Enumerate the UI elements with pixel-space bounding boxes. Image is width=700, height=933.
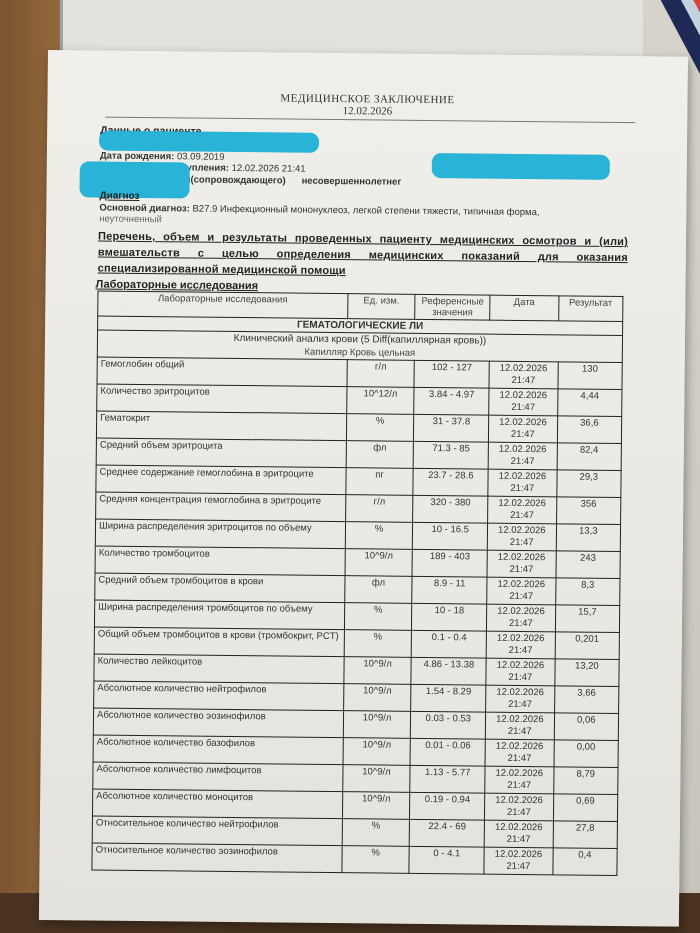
test-reference-range: 4.86 - 13.38 <box>411 657 486 685</box>
test-date: 12.02.2026 <box>489 768 551 781</box>
test-name: Абсолютное количество моноцитов <box>92 789 342 819</box>
test-reference-range: 10 - 18 <box>412 603 487 631</box>
main-diagnosis-value: B27.9 Инфекционный мононуклеоз, легкой с… <box>192 204 539 219</box>
test-date: 12.02.2026 <box>488 849 550 862</box>
test-unit: 10^9/л <box>342 765 410 793</box>
test-datetime: 12.02.202621:47 <box>484 847 553 875</box>
test-unit: г/л <box>345 495 413 523</box>
test-date: 12.02.2026 <box>492 444 554 457</box>
test-name: Количество лейкоцитов <box>94 654 344 684</box>
test-datetime: 12.02.202621:47 <box>486 685 555 713</box>
test-reference-range: 0.19 - 0.94 <box>410 792 485 820</box>
test-date: 12.02.2026 <box>492 471 554 484</box>
test-name: Абсолютное количество лимфоцитов <box>93 762 343 792</box>
test-reference-range: 22.4 - 69 <box>410 819 485 847</box>
test-time: 21:47 <box>492 456 554 469</box>
test-unit: % <box>342 819 410 847</box>
test-time: 21:47 <box>492 402 554 415</box>
diagnosis-heading: Диагноз <box>99 191 139 202</box>
test-date: 12.02.2026 <box>490 606 552 619</box>
test-result: 27,8 <box>553 821 618 849</box>
test-datetime: 12.02.202621:47 <box>485 793 554 821</box>
test-result: 8,3 <box>555 578 620 606</box>
medical-report-sheet: МЕДИЦИНСКОЕ ЗАКЛЮЧЕНИЕ 12.02.2026 Данные… <box>39 50 688 927</box>
test-unit: 10^9/л <box>343 711 411 739</box>
test-name: Ширина распределения эритроцитов по объе… <box>95 519 345 549</box>
test-date: 12.02.2026 <box>490 633 552 646</box>
test-datetime: 12.02.202621:47 <box>487 604 556 632</box>
test-time: 21:47 <box>488 861 550 874</box>
test-datetime: 12.02.202621:47 <box>487 550 556 578</box>
col-header-unit: Ед. изм. <box>347 294 415 320</box>
test-datetime: 12.02.202621:47 <box>486 631 555 659</box>
test-unit: % <box>345 522 413 550</box>
test-result: 13,3 <box>556 524 621 552</box>
test-unit: % <box>342 846 410 874</box>
test-name: Количество тромбоцитов <box>95 546 345 576</box>
redaction-representative-name <box>432 153 610 180</box>
test-time: 21:47 <box>490 618 552 631</box>
test-date: 12.02.2026 <box>490 660 552 673</box>
test-time: 21:47 <box>490 672 552 685</box>
test-result: 356 <box>556 497 621 525</box>
test-datetime: 12.02.202621:47 <box>485 712 554 740</box>
test-name: Абсолютное количество нейтрофилов <box>94 681 344 711</box>
col-header-result: Результат <box>558 296 623 322</box>
test-datetime: 12.02.202621:47 <box>489 388 558 416</box>
test-time: 21:47 <box>490 645 552 658</box>
test-result: 82,4 <box>557 443 622 471</box>
test-date: 12.02.2026 <box>489 714 551 727</box>
test-result: 15,7 <box>555 605 620 633</box>
test-unit: 10^9/л <box>342 792 410 820</box>
test-datetime: 12.02.202621:47 <box>484 820 553 848</box>
test-datetime: 12.02.202621:47 <box>489 361 558 389</box>
test-result: 0,06 <box>554 713 619 741</box>
test-time: 21:47 <box>488 807 550 820</box>
test-reference-range: 189 - 403 <box>412 549 487 577</box>
test-name: Гемоглобин общий <box>97 357 347 387</box>
test-time: 21:47 <box>489 753 551 766</box>
examinations-list-title: Перечень, объем и результаты проведенных… <box>98 229 628 283</box>
test-unit: % <box>344 603 412 631</box>
test-datetime: 12.02.202621:47 <box>489 415 558 443</box>
test-result: 8,79 <box>553 767 618 795</box>
col-header-name: Лабораторные исследования <box>98 291 348 319</box>
test-result: 36,6 <box>557 416 622 444</box>
test-name: Среднее содержание гемоглобина в эритроц… <box>96 465 346 495</box>
test-reference-range: 1.13 - 5.77 <box>410 765 485 793</box>
test-name: Абсолютное количество базофилов <box>93 735 343 765</box>
test-result: 0,69 <box>553 794 618 822</box>
test-date: 12.02.2026 <box>488 795 550 808</box>
test-unit: 10^9/л <box>345 549 413 577</box>
test-date: 12.02.2026 <box>491 579 553 592</box>
test-result: 130 <box>558 362 623 390</box>
test-reference-range: 102 - 127 <box>414 360 489 388</box>
test-reference-range: 31 - 37.8 <box>414 414 489 442</box>
test-name: Относительное количество эозинофилов <box>92 843 342 873</box>
test-date: 12.02.2026 <box>491 525 553 538</box>
test-name: Общий объем тромбоцитов в крови (тромбок… <box>94 627 344 657</box>
test-reference-range: 0.03 - 0.53 <box>411 711 486 739</box>
birth-date-value: 03.09.2019 <box>177 151 225 162</box>
test-reference-range: 1.54 - 8.29 <box>411 684 486 712</box>
test-datetime: 12.02.202621:47 <box>487 523 556 551</box>
test-date: 12.02.2026 <box>493 363 555 376</box>
test-time: 21:47 <box>491 510 553 523</box>
test-result: 0,00 <box>554 740 619 768</box>
test-reference-range: 10 - 16.5 <box>413 522 488 550</box>
test-result: 0,201 <box>555 632 620 660</box>
test-unit: 10^12/л <box>346 387 414 415</box>
test-name: Относительное количество нейтрофилов <box>92 816 342 846</box>
test-reference-range: 320 - 380 <box>413 495 488 523</box>
test-datetime: 12.02.202621:47 <box>488 469 557 497</box>
test-date: 12.02.2026 <box>491 552 553 565</box>
representative-line: еля(сопровождающего) несовершеннолетнег <box>174 174 402 187</box>
representative-label: еля(сопровождающего) <box>174 174 286 186</box>
test-unit: 10^9/л <box>343 738 411 766</box>
test-datetime: 12.02.202621:47 <box>485 739 554 767</box>
test-time: 21:47 <box>489 726 551 739</box>
test-time: 21:47 <box>489 699 551 712</box>
admission-value: 12.02.2026 21:41 <box>232 163 306 175</box>
test-time: 21:47 <box>490 591 552 604</box>
test-time: 21:47 <box>488 834 550 847</box>
test-unit: 10^9/л <box>343 684 411 712</box>
col-header-reference: Референсные значения <box>415 294 490 320</box>
test-date: 12.02.2026 <box>489 741 551 754</box>
main-diagnosis-continuation: неуточненный <box>99 214 162 226</box>
test-unit: пг <box>346 468 414 496</box>
lab-results-table: Лабораторные исследования Ед. изм. Рефер… <box>91 291 623 876</box>
test-name: Ширина распределения тромбоцитов по объе… <box>94 600 344 630</box>
test-name: Средняя концентрация гемоглобина в эритр… <box>96 492 346 522</box>
test-reference-range: 71.3 - 85 <box>414 441 489 469</box>
test-unit: % <box>344 630 412 658</box>
test-unit: 10^9/л <box>344 657 412 685</box>
test-datetime: 12.02.202621:47 <box>488 442 557 470</box>
table-row: Относительное количество эозинофилов%0 -… <box>92 843 617 875</box>
test-reference-range: 3.84 - 4.97 <box>414 387 489 415</box>
redaction-patient-name <box>99 131 319 153</box>
test-date: 12.02.2026 <box>492 390 554 403</box>
test-result: 29,3 <box>556 470 621 498</box>
main-diagnosis-label: Основной диагноз: <box>99 203 190 215</box>
test-date: 12.02.2026 <box>492 417 554 430</box>
test-time: 21:47 <box>491 564 553 577</box>
test-name: Гематокрит <box>96 411 346 441</box>
test-result: 0,4 <box>552 848 617 876</box>
test-unit: % <box>346 414 414 442</box>
test-datetime: 12.02.202621:47 <box>485 766 554 794</box>
test-datetime: 12.02.202621:47 <box>488 496 557 524</box>
test-date: 12.02.2026 <box>489 687 551 700</box>
test-reference-range: 0.1 - 0.4 <box>412 630 487 658</box>
test-time: 21:47 <box>488 780 550 793</box>
test-date: 12.02.2026 <box>491 498 553 511</box>
test-result: 4,44 <box>557 389 622 417</box>
test-datetime: 12.02.202621:47 <box>486 658 555 686</box>
test-time: 21:47 <box>493 375 555 388</box>
test-datetime: 12.02.202621:47 <box>487 577 556 605</box>
test-name: Количество эритроцитов <box>97 384 347 414</box>
test-reference-range: 0.01 - 0.06 <box>410 738 485 766</box>
test-name: Средний объем тромбоцитов в крови <box>95 573 345 603</box>
test-name: Абсолютное количество эозинофилов <box>93 708 343 738</box>
test-unit: фл <box>344 576 412 604</box>
test-unit: г/л <box>347 360 415 388</box>
birth-date-label: Дата рождения: <box>100 151 175 163</box>
test-reference-range: 8.9 - 11 <box>412 576 487 604</box>
test-time: 21:47 <box>492 429 554 442</box>
test-time: 21:47 <box>492 483 554 496</box>
test-reference-range: 0 - 4.1 <box>409 846 484 874</box>
test-result: 3,66 <box>554 686 619 714</box>
minor-label: несовершеннолетнег <box>302 176 402 188</box>
test-result: 243 <box>556 551 621 579</box>
main-diagnosis-line: Основной диагноз: B27.9 Инфекционный мон… <box>99 203 539 219</box>
col-header-date: Дата <box>490 295 559 321</box>
test-name: Средний объем эритроцита <box>96 438 346 468</box>
test-time: 21:47 <box>491 537 553 550</box>
test-unit: фл <box>346 441 414 469</box>
test-date: 12.02.2026 <box>488 822 550 835</box>
test-reference-range: 23.7 - 28.6 <box>413 468 488 496</box>
test-result: 13,20 <box>554 659 619 687</box>
